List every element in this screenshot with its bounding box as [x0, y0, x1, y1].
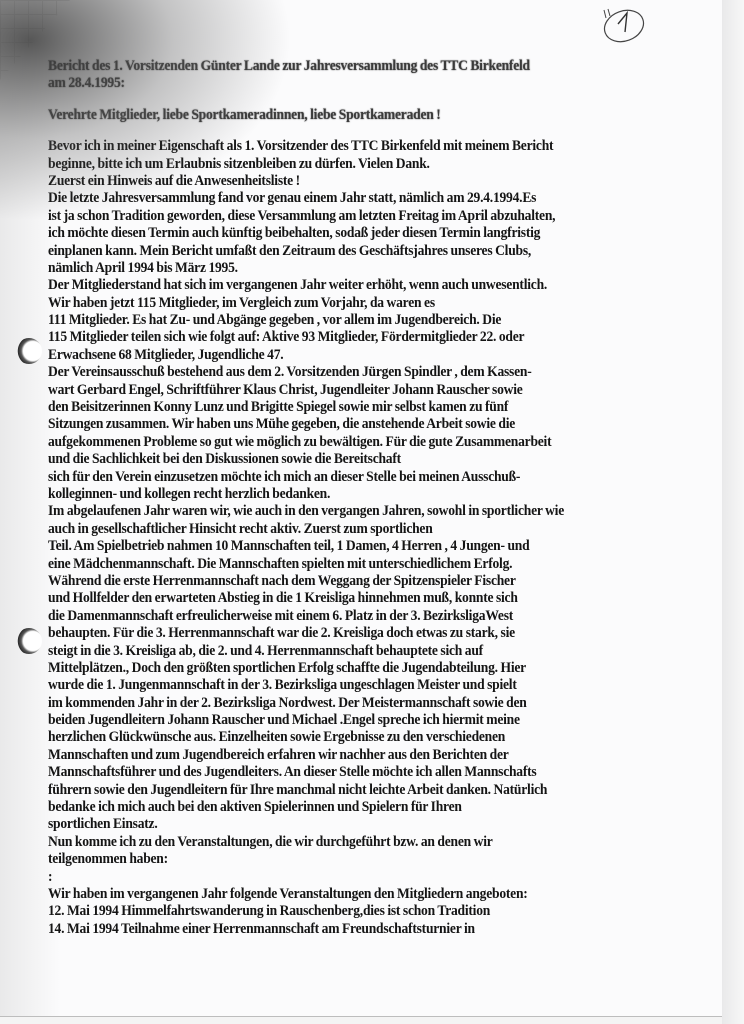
- report-title-line-1: Bericht des 1. Vorsitzenden Günter Lande…: [48, 58, 718, 75]
- body-line: Bevor ich in meiner Eigenschaft als 1. V…: [48, 138, 718, 155]
- body-line: führern sowie den Jugendleitern für Ihre…: [48, 782, 718, 799]
- body-line: Während die erste Herrenmannschaft nach …: [48, 573, 718, 590]
- body-line: sich für den Verein einzusetzen möchte i…: [48, 469, 718, 486]
- punch-hole-upper: [16, 338, 42, 364]
- body-line: Wir haben im vergangenen Jahr folgende V…: [48, 886, 718, 903]
- body-line: Die letzte Jahresversammlung fand vor ge…: [48, 190, 718, 207]
- body-line: Mittelplätzen., Doch den größten sportli…: [48, 660, 718, 677]
- body-line: 115 Mitglieder teilen sich wie folgt auf…: [48, 329, 718, 346]
- body-line: 111 Mitglieder. Es hat Zu- und Abgänge g…: [48, 312, 718, 329]
- report-title-line-2: am 28.4.1995:: [48, 75, 718, 92]
- report-text: Bericht des 1. Vorsitzenden Günter Lande…: [48, 58, 718, 938]
- body-line: eine Mädchenmannschaft. Die Mannschaften…: [48, 556, 718, 573]
- body-line: wart Gerbard Engel, Schriftführer Klaus …: [48, 382, 718, 399]
- body-line: die Damenmannschaft erfreulicherweise mi…: [48, 608, 718, 625]
- body-line: sportlichen Einsatz.: [48, 816, 718, 833]
- body-line: 12. Mai 1994 Himmelfahrtswanderung in Ra…: [48, 903, 718, 920]
- body-line: kolleginnen- und kollegen recht herzlich…: [48, 486, 718, 503]
- handwritten-page-number: 1: [596, 4, 648, 44]
- body-line: herzlichen Glückwünsche aus. Einzelheite…: [48, 729, 718, 746]
- body-line: und Hollfelder den erwarteten Abstieg in…: [48, 590, 718, 607]
- body-line: Teil. Am Spielbetrieb nahmen 10 Mannscha…: [48, 538, 718, 555]
- body-line: Zuerst ein Hinweis auf die Anwesenheitsl…: [48, 173, 718, 190]
- body-line: Der Mitgliederstand hat sich im vergange…: [48, 277, 718, 294]
- body-line: Mannschaftsführer und des Jugendleiters.…: [48, 764, 718, 781]
- body-line: Erwachsene 68 Mitglieder, Jugendliche 47…: [48, 347, 718, 364]
- body-line: steigt in die 3. Kreisliga ab, die 2. un…: [48, 643, 718, 660]
- body-line: behaupten. Für die 3. Herrenmannschaft w…: [48, 625, 718, 642]
- body-paragraphs: Bevor ich in meiner Eigenschaft als 1. V…: [48, 138, 718, 938]
- punch-hole-lower: [16, 628, 42, 654]
- body-line: ist ja schon Tradition geworden, diese V…: [48, 208, 718, 225]
- body-line: aufgekommenen Probleme so gut wie möglic…: [48, 434, 718, 451]
- greeting: Verehrte Mitglieder, liebe Sportkameradi…: [48, 107, 718, 124]
- body-line: nämlich April 1994 bis März 1995.: [48, 260, 718, 277]
- body-line: auch in gesellschaftlicher Hinsicht rech…: [48, 521, 718, 538]
- scan-edge: [722, 0, 744, 1024]
- body-line: im kommenden Jahr in der 2. Bezirksliga …: [48, 695, 718, 712]
- body-line: wurde die 1. Jungenmannschaft in der 3. …: [48, 677, 718, 694]
- body-line: ich möchte diesen Termin auch künftig be…: [48, 225, 718, 242]
- body-line: Wir haben jetzt 115 Mitglieder, im Vergl…: [48, 295, 718, 312]
- body-line: und die Sachlichkeit bei den Diskussione…: [48, 451, 718, 468]
- body-line: bedanke ich mich auch bei den aktiven Sp…: [48, 799, 718, 816]
- body-line: Sitzungen zusammen. Wir haben uns Mühe g…: [48, 416, 718, 433]
- body-line: Nun komme ich zu den Veranstaltungen, di…: [48, 834, 718, 851]
- body-line: beiden Jugendleitern Johann Rauscher und…: [48, 712, 718, 729]
- body-line: 14. Mai 1994 Teilnahme einer Herrenmanns…: [48, 921, 718, 938]
- body-line: Der Vereinsausschuß bestehend aus dem 2.…: [48, 364, 718, 381]
- body-line: einplanen kann. Mein Bericht umfaßt den …: [48, 243, 718, 260]
- circled-number-icon: [596, 4, 648, 44]
- body-line: den Beisitzerinnen Konny Lunz und Brigit…: [48, 399, 718, 416]
- body-line: teilgenommen haben:: [48, 851, 718, 868]
- body-line: Mannschaften und zum Jugendbereich erfah…: [48, 747, 718, 764]
- body-line: beginne, bitte ich um Erlaubnis sitzenbl…: [48, 156, 718, 173]
- body-line: Im abgelaufenen Jahr waren wir, wie auch…: [48, 503, 718, 520]
- body-line: :: [48, 869, 718, 886]
